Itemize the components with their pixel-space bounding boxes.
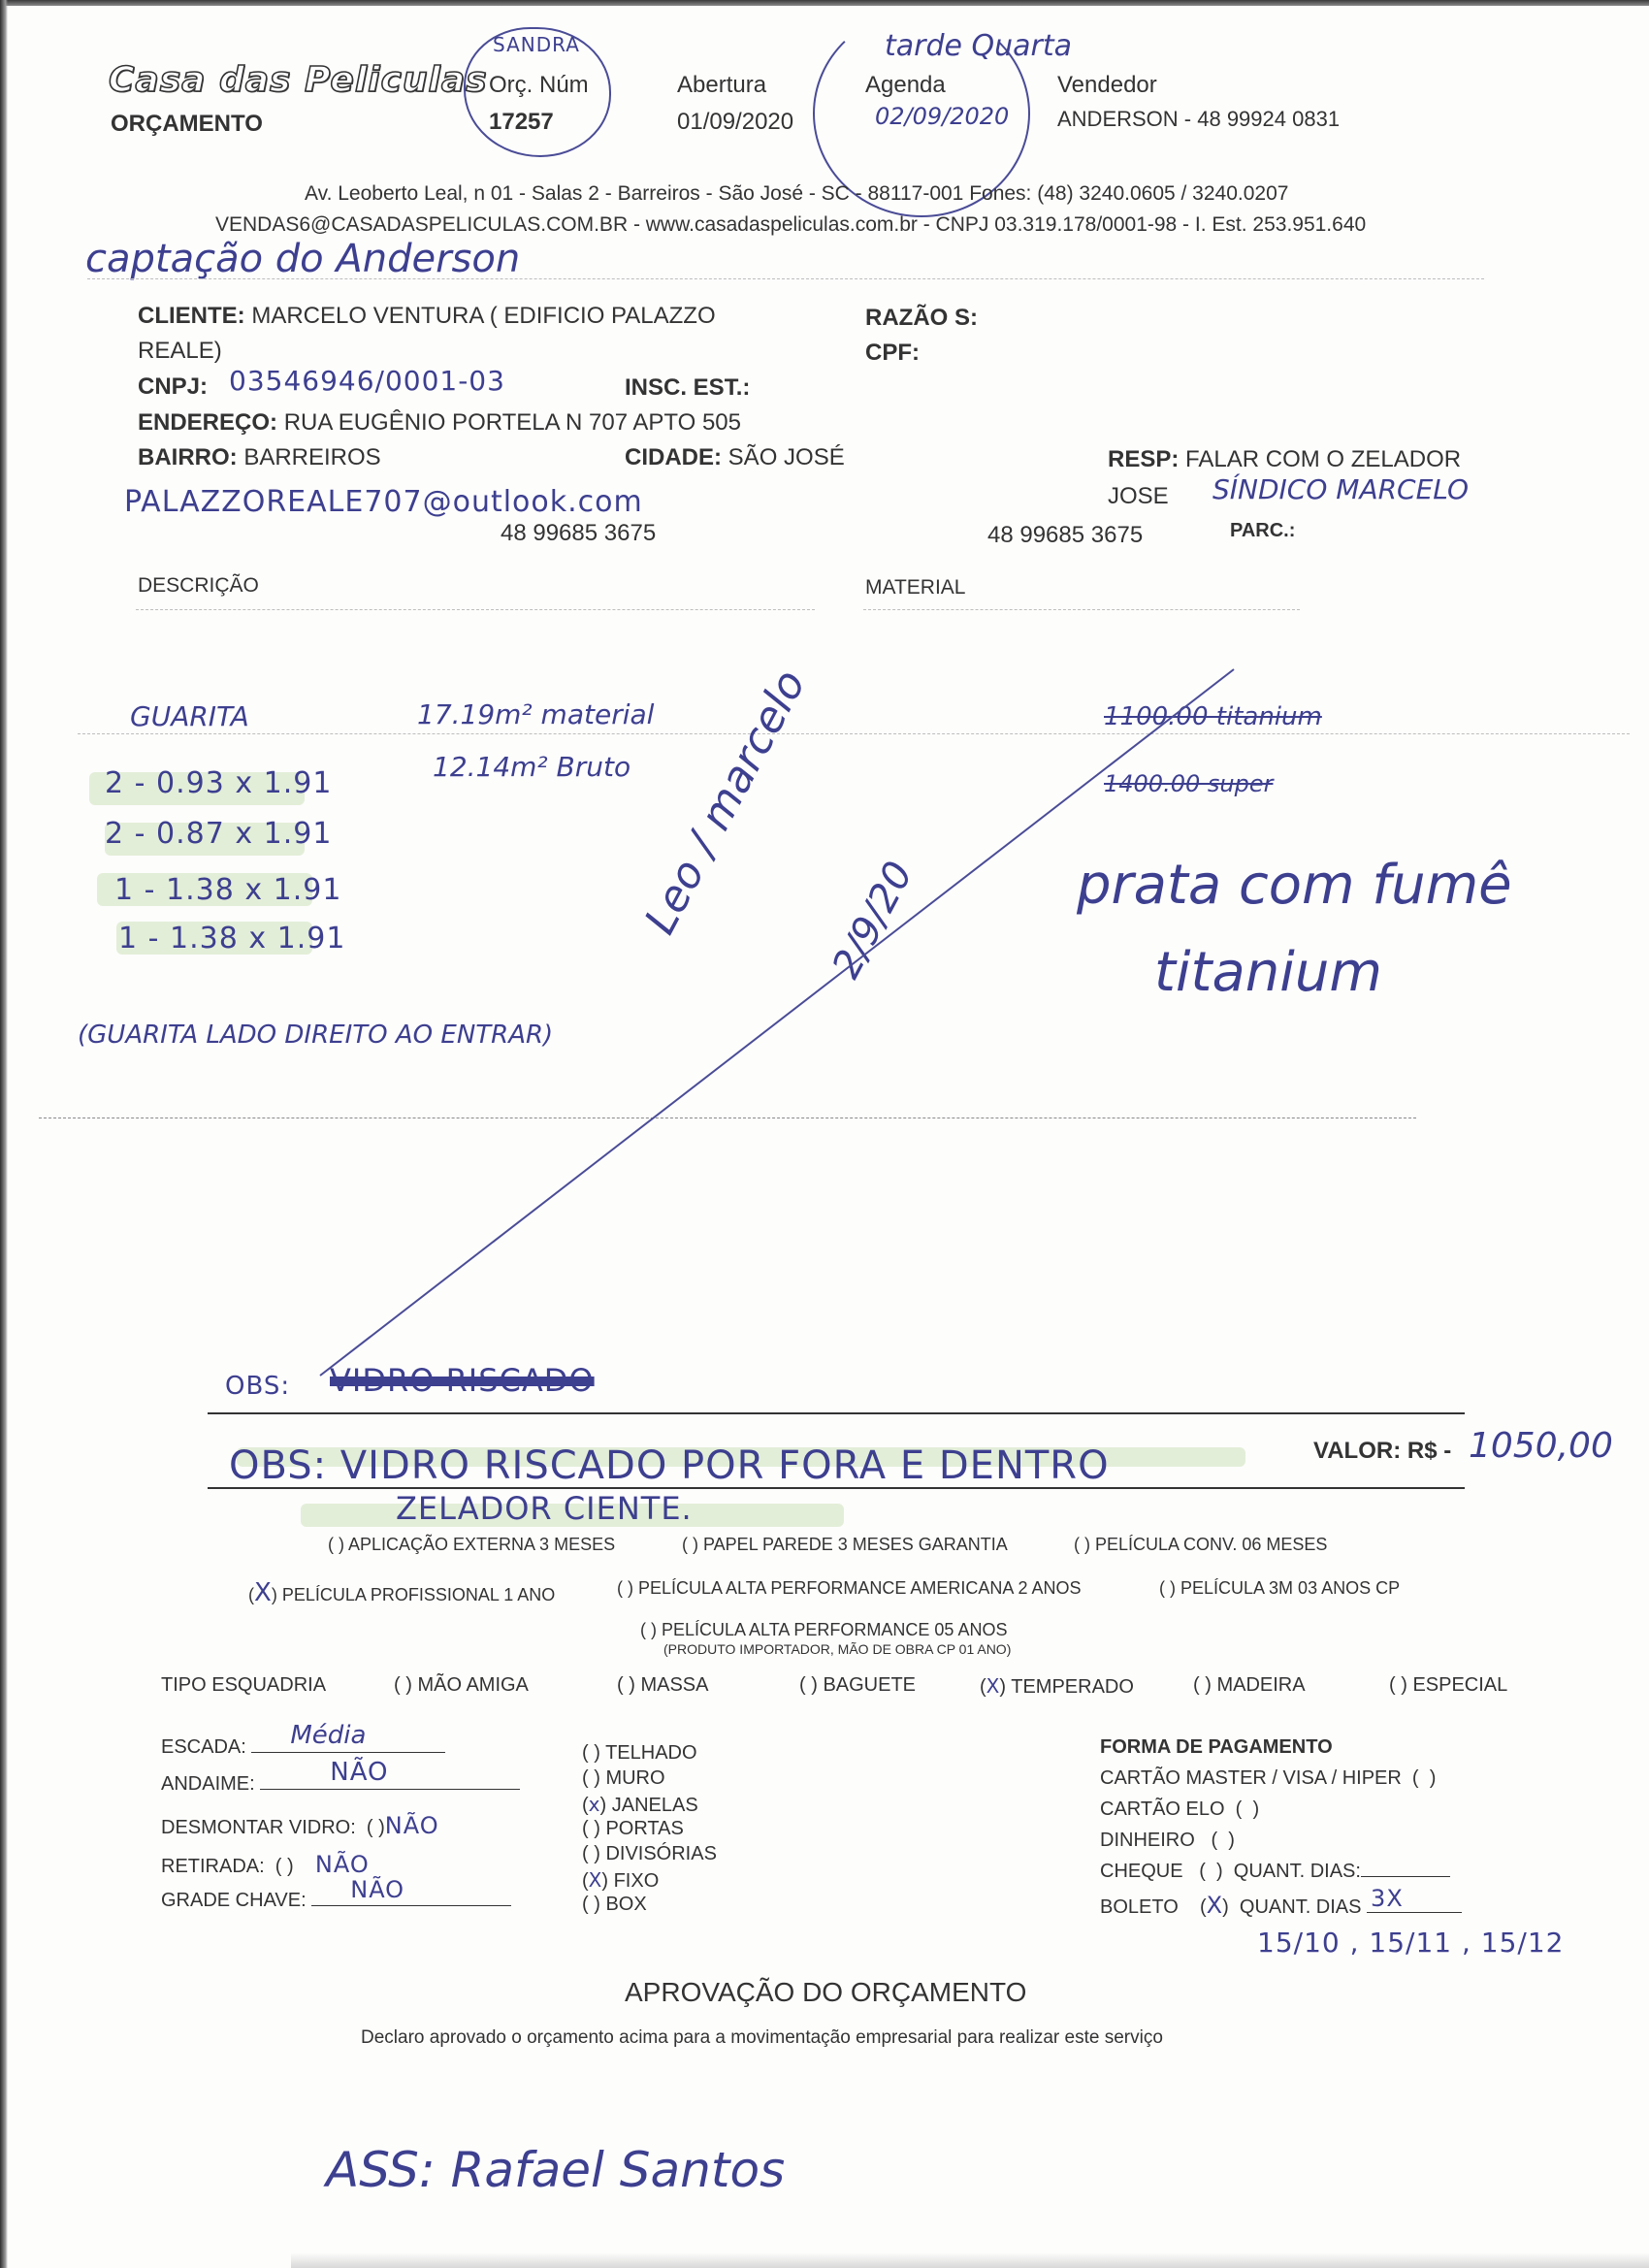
location-option[interactable]: ( ) DIVISÓRIAS (582, 1843, 717, 1865)
section-divider (78, 733, 1630, 734)
check-mark-icon: X (1207, 1892, 1222, 1919)
orc-num-value: 17257 (489, 109, 554, 136)
cliente-label: CLIENTE: (138, 303, 245, 329)
escada-value: Média (290, 1721, 366, 1750)
esquadria-option[interactable]: ( ) MASSA (617, 1674, 708, 1697)
cidade-value: SÃO JOSÉ (728, 444, 845, 470)
endereco-label: ENDEREÇO: (138, 409, 277, 436)
agenda-value: 02/09/2020 (875, 103, 1009, 130)
scan-edge-left (0, 0, 8, 2268)
check-mark-icon: X (254, 1578, 272, 1607)
andaime-field[interactable]: ANDAIME: NÃO (161, 1773, 520, 1796)
warranty-option[interactable]: ( ) PELÍCULA ALTA PERFORMANCE AMERICANA … (617, 1578, 1081, 1599)
descricao-divider (136, 609, 815, 610)
esquadria-label: TIPO ESQUADRIA (161, 1674, 326, 1697)
company-logo: Casa das Peliculas (109, 60, 488, 100)
valor-value: 1050,00 (1469, 1426, 1613, 1466)
resp-label: RESP: (1108, 446, 1179, 472)
check-mark-icon: x (589, 1793, 600, 1816)
handwritten-captacao: captação do Anderson (85, 237, 520, 281)
description-note: (GUARITA LADO DIREITO AO ENTRAR) (78, 1021, 553, 1050)
descricao-header: DESCRIÇÃO (138, 574, 259, 598)
location-option-checked[interactable]: (X) FIXO (582, 1868, 659, 1893)
cliente-value-continued: REALE) (138, 338, 222, 365)
warranty-option[interactable]: ( ) PELÍCULA ALTA PERFORMANCE 05 ANOS (640, 1620, 1007, 1640)
payment-option-checked[interactable]: BOLETO (X) QUANT. DIAS 3X (1100, 1892, 1462, 1919)
desmontar-field[interactable]: DESMONTAR VIDRO: ( )NÃO (161, 1812, 439, 1839)
scan-edge-top (0, 0, 1649, 6)
andaime-value: NÃO (330, 1758, 388, 1787)
company-address: Av. Leoberto Leal, n 01 - Salas 2 - Barr… (305, 182, 1288, 206)
location-option[interactable]: ( ) MURO (582, 1767, 665, 1790)
description-item: 1 - 1.38 x 1.91 (114, 873, 341, 907)
warranty-option[interactable]: ( ) PAPEL PAREDE 3 MESES GARANTIA (682, 1535, 1008, 1555)
client-phone-2: 48 99685 3675 (987, 522, 1143, 549)
grade-chave-field[interactable]: GRADE CHAVE: NÃO (161, 1890, 511, 1912)
payment-option[interactable]: CARTÃO ELO ( ) (1100, 1798, 1259, 1821)
obs1-line (208, 1412, 1465, 1414)
parc-label: PARC.: (1230, 520, 1295, 542)
signature-date: 2/9/20 (824, 855, 921, 986)
warranty-option[interactable]: ( ) PELÍCULA 3M 03 ANOS CP (1159, 1578, 1400, 1599)
insc-est-label: INSC. EST.: (625, 374, 750, 402)
material-choice: prata com fumê (1077, 854, 1512, 917)
bairro-label: BAIRRO: (138, 444, 238, 470)
esquadria-option-checked[interactable]: (X) TEMPERADO (980, 1674, 1134, 1699)
warranty-option-checked[interactable]: (X) PELÍCULA PROFISSIONAL 1 ANO (248, 1578, 555, 1607)
resp-value: FALAR COM O ZELADOR (1185, 446, 1461, 472)
location-option[interactable]: ( ) BOX (582, 1894, 647, 1916)
agenda-handwritten-note: tarde Quarta (885, 29, 1072, 63)
location-option-checked[interactable]: (x) JANELAS (582, 1793, 698, 1817)
location-option[interactable]: ( ) TELHADO (582, 1742, 697, 1765)
obs2-continuation: ZELADOR CIENTE. (396, 1490, 693, 1527)
section-divider (39, 1118, 1416, 1118)
cnpj-value: 03546946/0001-03 (229, 365, 505, 397)
description-title: GUARITA (130, 700, 249, 732)
esquadria-option[interactable]: ( ) ESPECIAL (1389, 1674, 1507, 1697)
bairro-row: BAIRRO: BARREIROS (138, 444, 381, 471)
agenda-label: Agenda (865, 72, 946, 99)
material-struck-option: 1100.00 titanium (1104, 702, 1322, 731)
cidade-row: CIDADE: SÃO JOSÉ (625, 444, 845, 471)
obs1-label: OBS: (225, 1372, 290, 1401)
cnpj-label: CNPJ: (138, 373, 208, 401)
material-choice-2: titanium (1154, 941, 1382, 1004)
boleto-quant-value: 3X (1371, 1885, 1404, 1912)
cliente-row-1: CLIENTE: MARCELO VENTURA ( EDIFICIO PALA… (138, 303, 716, 330)
obs2-text: OBS: VIDRO RISCADO POR FORA E DENTRO (229, 1443, 1110, 1488)
resp-row: RESP: FALAR COM O ZELADOR (1108, 446, 1461, 473)
company-contact: VENDAS6@CASADASPELICULAS.COM.BR - www.ca… (215, 213, 1366, 237)
description-item: 2 - 0.93 x 1.91 (105, 766, 332, 800)
vendedor-label: Vendedor (1057, 72, 1157, 99)
divider (87, 278, 1484, 279)
payment-title: FORMA DE PAGAMENTO (1100, 1736, 1333, 1759)
material-struck-option: 1400.00 super (1104, 770, 1273, 797)
endereco-row: ENDEREÇO: RUA EUGÊNIO PORTELA N 707 APTO… (138, 409, 741, 437)
payment-option[interactable]: CARTÃO MASTER / VISA / HIPER ( ) (1100, 1767, 1436, 1790)
resp-handwritten: SÍNDICO MARCELO (1212, 473, 1469, 505)
esquadria-option[interactable]: ( ) MÃO AMIGA (394, 1674, 529, 1697)
client-phone-1: 48 99685 3675 (501, 520, 656, 547)
check-mark-icon: X (589, 1868, 602, 1892)
material-header: MATERIAL (865, 576, 965, 599)
scan-edge-bottom (291, 2252, 1649, 2268)
valor-label: VALOR: R$ - (1313, 1438, 1451, 1465)
esquadria-option[interactable]: ( ) BAGUETE (799, 1674, 916, 1697)
razao-label: RAZÃO S: (865, 305, 978, 332)
payment-option[interactable]: DINHEIRO ( ) (1100, 1830, 1235, 1852)
desmontar-value: NÃO (385, 1812, 439, 1839)
description-item: 2 - 0.87 x 1.91 (105, 817, 332, 851)
cidade-label: CIDADE: (625, 444, 722, 470)
area-material: 17.19m² material (417, 698, 654, 730)
payment-option[interactable]: CHEQUE ( ) QUANT. DIAS: (1100, 1861, 1450, 1883)
orc-num-label: Orç. Núm (489, 72, 589, 99)
warranty-option[interactable]: ( ) APLICAÇÃO EXTERNA 3 MESES (328, 1535, 615, 1555)
warranty-footnote: (PRODUTO IMPORTADOR, MÃO DE OBRA CP 01 A… (663, 1641, 1011, 1657)
approval-title: APROVAÇÃO DO ORÇAMENTO (625, 1977, 1026, 2008)
approval-signature[interactable]: ASS: Rafael Santos (326, 2142, 785, 2198)
endereco-value: RUA EUGÊNIO PORTELA N 707 APTO 505 (284, 409, 741, 436)
handwritten-salesperson-name: SANDRA (493, 33, 580, 56)
obs2-line (208, 1487, 1465, 1489)
abertura-label: Abertura (677, 72, 766, 99)
vendedor-value: ANDERSON - 48 99924 0831 (1057, 107, 1340, 132)
cliente-value: MARCELO VENTURA ( EDIFICIO PALAZZO (251, 303, 715, 329)
retirada-field[interactable]: RETIRADA: ( ) NÃO (161, 1851, 370, 1878)
abertura-value: 01/09/2020 (677, 109, 793, 136)
boleto-dates: 15/10 , 15/11 , 15/12 (1257, 1927, 1564, 1959)
escada-field[interactable]: ESCADA: Média (161, 1736, 445, 1759)
check-mark-icon: X (986, 1674, 1000, 1698)
obs1-scribbled: VIDRO RISCADO (330, 1362, 595, 1399)
location-option[interactable]: ( ) PORTAS (582, 1818, 684, 1840)
material-divider (863, 609, 1300, 610)
description-item: 1 - 1.38 x 1.91 (118, 922, 345, 956)
warranty-option[interactable]: ( ) PELÍCULA CONV. 06 MESES (1074, 1535, 1327, 1555)
signature-note: Leo / marcelo (635, 663, 816, 942)
retirada-value: NÃO (315, 1851, 370, 1878)
document-title: ORÇAMENTO (111, 111, 263, 138)
resp-name: JOSE (1108, 483, 1169, 510)
cpf-label: CPF: (865, 340, 920, 367)
client-email-handwritten: PALAZZOREALE707@outlook.com (124, 485, 643, 519)
approval-declaration: Declaro aprovado o orçamento acima para … (361, 2027, 1163, 2049)
esquadria-option[interactable]: ( ) MADEIRA (1193, 1674, 1306, 1697)
area-bruto: 12.14m² Bruto (433, 751, 630, 783)
bairro-value: BARREIROS (243, 444, 380, 470)
grade-chave-value: NÃO (350, 1876, 404, 1903)
